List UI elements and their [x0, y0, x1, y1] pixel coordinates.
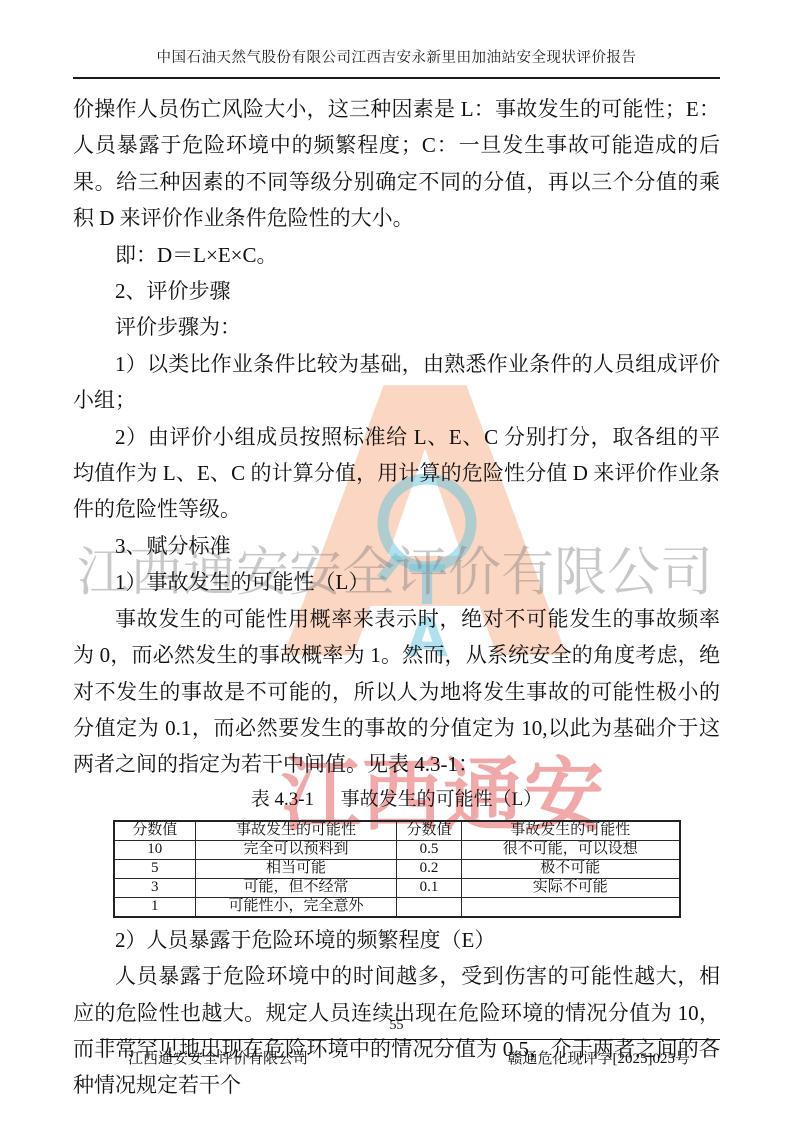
paragraph-formula: 即：D＝L×E×C。	[73, 237, 720, 273]
page-footer: 55 江西通安安全评价有限公司 赣通危化现评字[2025]025号	[73, 1018, 720, 1068]
cell: 0.2	[396, 859, 461, 878]
paragraph: 评价步骤为：	[73, 309, 720, 345]
cell: 0.5	[396, 840, 461, 859]
table-row: 3 可能，但不经常 0.1 实际不可能	[114, 878, 680, 897]
table-caption: 表 4.3-1事故发生的可能性（L）	[73, 786, 720, 814]
report-header-title: 中国石油天然气股份有限公司江西吉安永新里田加油站安全现状评价报告	[73, 0, 720, 67]
cell	[396, 897, 461, 917]
table-row: 1 可能性小，完全意外	[114, 897, 680, 917]
accident-possibility-table: 分数值 事故发生的可能性 分数值 事故发生的可能性 10 完全可以预料到 0.5…	[113, 820, 681, 918]
paragraph-heading: 2、评价步骤	[73, 273, 720, 309]
cell: 10	[114, 840, 196, 859]
page-content: 中国石油天然气股份有限公司江西吉安永新里田加油站安全现状评价报告 价操作人员伤亡…	[0, 0, 793, 1104]
cell: 5	[114, 859, 196, 878]
cell: 可能性小，完全意外	[196, 897, 397, 917]
cell: 0.1	[396, 878, 461, 897]
cell	[462, 897, 680, 917]
footer-document-number: 赣通危化现评字[2025]025号	[508, 1047, 721, 1068]
cell: 相当可能	[196, 859, 397, 878]
col-header-possibility: 事故发生的可能性	[196, 821, 397, 841]
cell: 完全可以预料到	[196, 840, 397, 859]
paragraph: 价操作人员伤亡风险大小，这三种因素是 L：事故发生的可能性；E：人员暴露于危险环…	[73, 91, 720, 237]
footer-company-name: 江西通安安全评价有限公司	[100, 1047, 308, 1068]
cell: 实际不可能	[462, 878, 680, 897]
cell: 很不可能，可以设想	[462, 840, 680, 859]
page-number: 55	[73, 1018, 720, 1034]
table-caption-title: 事故发生的可能性（L）	[341, 789, 543, 810]
paragraph: 1）以类比作业条件比较为基础，由熟悉作业条件的人员组成评价小组；	[73, 346, 720, 419]
cell: 1	[114, 897, 196, 917]
body-text-after-table: 2）人员暴露于危险环境的频繁程度（E） 人员暴露于危险环境中的时间越多，受到伤害…	[73, 918, 720, 1104]
col-header-score: 分数值	[114, 821, 196, 841]
paragraph-heading: 2）人员暴露于危险环境的频繁程度（E）	[73, 922, 720, 958]
cell: 极不可能	[462, 859, 680, 878]
table-row: 5 相当可能 0.2 极不可能	[114, 859, 680, 878]
paragraph-heading: 1）事故发生的可能性（L）	[73, 564, 720, 600]
document-page: A T A 江西通安安全评价有限公司 江西通安 中国石油天然气股份有限公司江西吉…	[0, 0, 793, 1122]
col-header-score: 分数值	[396, 821, 461, 841]
paragraph: 2）由评价小组成员按照标准给 L、E、C 分别打分，取各组的平均值作为 L、E、…	[73, 419, 720, 528]
paragraph-heading: 3、赋分标准	[73, 528, 720, 564]
paragraph: 事故发生的可能性用概率来表示时，绝对不可能发生的事故频率为 0，而必然发生的事故…	[73, 601, 720, 783]
footer-row: 江西通安安全评价有限公司 赣通危化现评字[2025]025号	[100, 1039, 720, 1068]
table-row: 10 完全可以预料到 0.5 很不可能，可以设想	[114, 840, 680, 859]
table-header-row: 分数值 事故发生的可能性 分数值 事故发生的可能性	[114, 821, 680, 841]
body-text-before-table: 价操作人员伤亡风险大小，这三种因素是 L：事故发生的可能性；E：人员暴露于危险环…	[73, 79, 720, 783]
cell: 3	[114, 878, 196, 897]
table-caption-label: 表 4.3-1	[251, 789, 314, 810]
cell: 可能，但不经常	[196, 878, 397, 897]
col-header-possibility: 事故发生的可能性	[462, 821, 680, 841]
